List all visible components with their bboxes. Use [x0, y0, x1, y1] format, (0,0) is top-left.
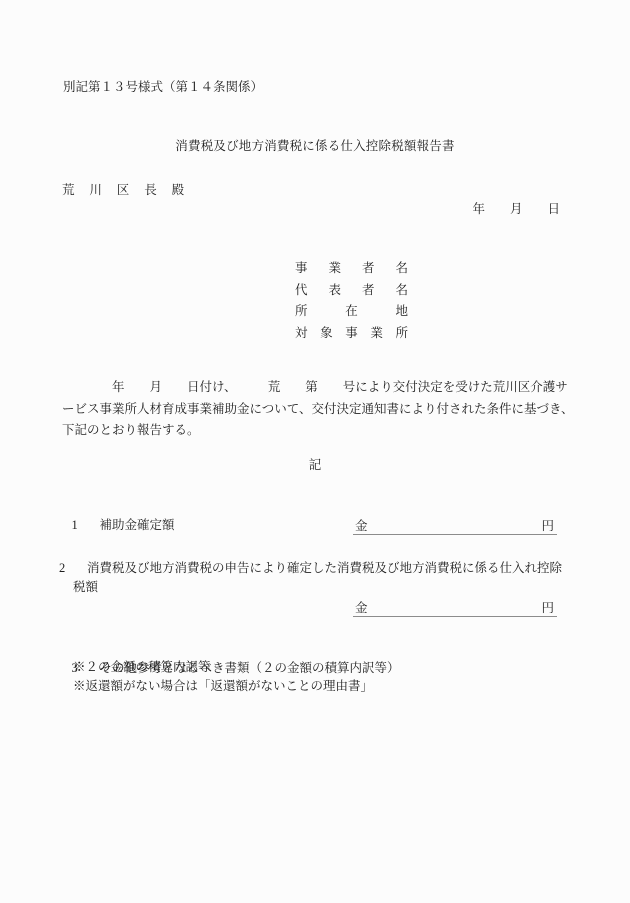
- body-line: 年 月 日付け、 荒 第 号により交付決定を受けた荒川区介護サ: [62, 377, 578, 399]
- amount-1-prefix: 金: [355, 518, 368, 534]
- item-3-note-2: ※返還額がない場合は「返還額がないことの理由書」: [73, 677, 373, 696]
- amount-field-1: 金 円: [353, 517, 557, 535]
- addressee-line: 荒 川 区 長 殿: [62, 181, 185, 200]
- amount-2-suffix: 円: [541, 600, 554, 616]
- item-3-note-1: ※２の金額の積算内訳等: [73, 658, 211, 677]
- item-1-number: 1: [72, 516, 100, 535]
- item-2-number: 2: [59, 559, 87, 578]
- document-title: 消費税及び地方消費税に係る仕入控除税額報告書: [0, 137, 630, 156]
- section-marker-ki: 記: [0, 456, 630, 475]
- body-line: 下記のとおり報告する。: [62, 420, 578, 442]
- item-1-text: 補助金確定額: [100, 518, 175, 532]
- signer-field-representative-name: 代表者名: [295, 280, 408, 302]
- date-field: 年 月 日: [472, 200, 560, 219]
- item-2-heading: 2消費税及び地方消費税の申告により確定した消費税及び地方消費税に係る仕入れ控除税…: [59, 559, 571, 597]
- item-1-heading: 1補助金確定額: [59, 497, 175, 554]
- body-paragraph: 年 月 日付け、 荒 第 号により交付決定を受けた荒川区介護サ ービス事業所人材…: [62, 377, 578, 442]
- form-number: 別記第１３号様式（第１４条関係）: [63, 79, 263, 96]
- body-line: ービス事業所人材育成事業補助金について、交付決定通知書により付された条件に基づき…: [62, 399, 578, 421]
- signer-block: 事業者名 代表者名 所在地 対象事業所: [295, 258, 408, 344]
- signer-field-business-name: 事業者名: [295, 258, 408, 280]
- signer-field-address: 所在地: [295, 301, 408, 323]
- amount-field-2: 金 円: [353, 599, 557, 617]
- amount-1-suffix: 円: [541, 518, 554, 534]
- document-page: 別記第１３号様式（第１４条関係） 消費税及び地方消費税に係る仕入控除税額報告書 …: [0, 0, 630, 903]
- amount-2-prefix: 金: [355, 600, 368, 616]
- signer-field-target-office: 対象事業所: [295, 323, 408, 345]
- item-2-text: 消費税及び地方消費税の申告により確定した消費税及び地方消費税に係る仕入れ控除税額: [73, 561, 562, 594]
